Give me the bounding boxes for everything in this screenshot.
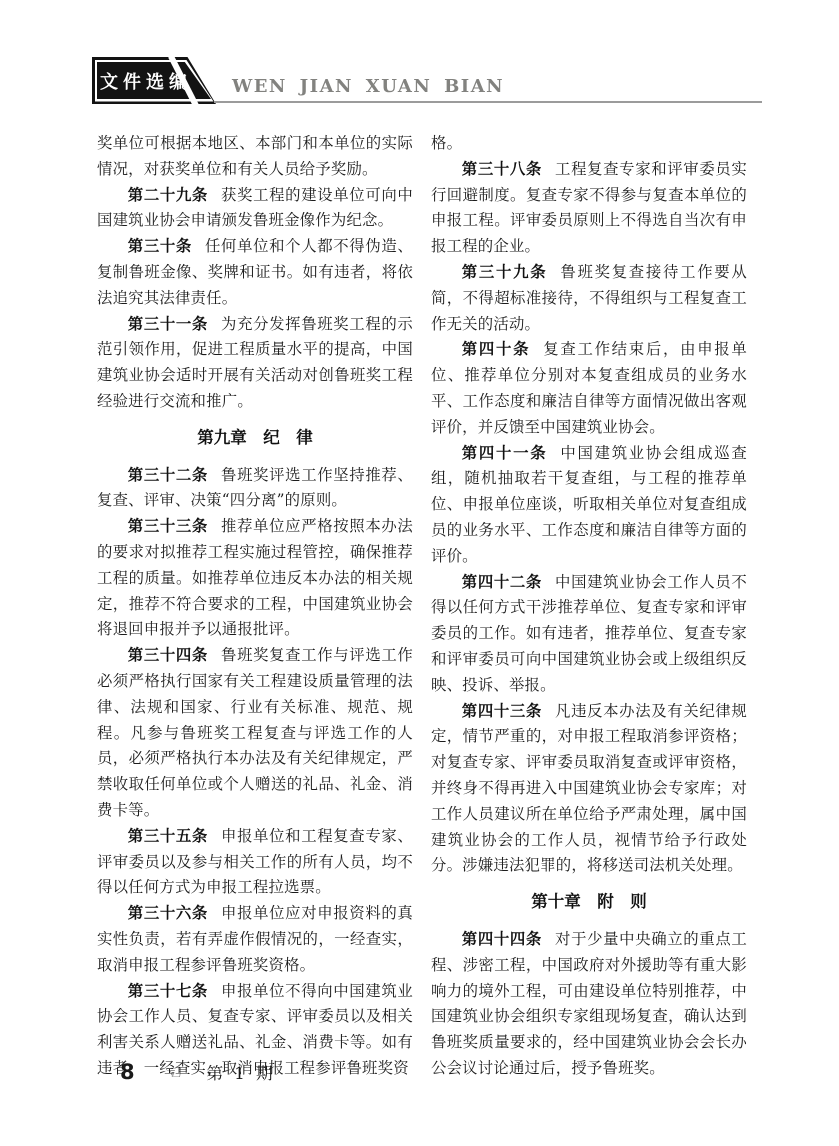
- article-paragraph: 第三十三条推荐单位应严格按照本办法的要求对拟推荐工程实施过程管控，确保推荐工程的…: [97, 514, 413, 643]
- article-paragraph: 第四十条复查工作结束后，由申报单位、推荐单位分别对本复查组成员的业务水平、工作态…: [431, 337, 747, 440]
- page-number: 8: [120, 1060, 135, 1084]
- section-banner: 文件选编: [92, 57, 216, 104]
- article-paragraph: 第三十六条申报单位应对申报资料的真实性负责，若有弄虚作假情况的，一经查实，取消申…: [97, 901, 413, 978]
- article-paragraph: 第三十条任何单位和个人都不得伪造、复制鲁班金像、奖牌和证书。如有违者，将依法追究…: [97, 234, 413, 311]
- article-paragraph: 第三十九条鲁班奖复查接待工作要从简，不得超标准接待，不得组织与工程复查工作无关的…: [431, 260, 747, 337]
- article-paragraph: 第三十五条申报单位和工程复查专家、评审委员以及参与相关工作的所有人员，均不得以任…: [97, 824, 413, 901]
- banner-title: 文件选编: [102, 57, 190, 104]
- article-number: 第三十二条: [128, 466, 208, 484]
- chapter-heading: 第九章 纪 律: [97, 425, 413, 451]
- article-number: 第四十二条: [462, 573, 542, 591]
- article-number: 第四十条: [462, 340, 530, 358]
- article-number: 第三十一条: [128, 315, 208, 333]
- article-number: 第四十四条: [462, 930, 542, 948]
- article-number: 第四十三条: [462, 702, 542, 720]
- article-paragraph: 第四十四条对于少量中央确立的重点工程、涉密工程，中国政府对外援助等有重大影响力的…: [431, 927, 747, 1082]
- continuation-paragraph: 奖单位可根据本地区、本部门和本单位的实际情况，对获奖单位和有关人员给予奖励。: [97, 131, 413, 183]
- article-paragraph: 第四十二条中国建筑业协会工作人员不得以任何方式干涉推荐单位、复查专家和评审委员的…: [431, 570, 747, 699]
- article-paragraph: 第四十三条凡违反本办法及有关纪律规定，情节严重的，对申报工程取消参评资格；对复查…: [431, 699, 747, 880]
- article-number: 第三十五条: [128, 827, 208, 845]
- left-column: 奖单位可根据本地区、本部门和本单位的实际情况，对获奖单位和有关人员给予奖励。第二…: [97, 131, 413, 1082]
- article-paragraph: 第三十八条工程复查专家和评审委员实行回避制度。复查专家不得参与复查本单位的申报工…: [431, 157, 747, 260]
- continuation-paragraph: 格。: [431, 131, 747, 157]
- article-number: 第二十九条: [128, 186, 208, 204]
- article-number: 第三十四条: [128, 646, 208, 664]
- chapter-heading: 第十章 附 则: [431, 889, 747, 915]
- article-paragraph: 第二十九条获奖工程的建设单位可向中国建筑业协会申请颁发鲁班金像作为纪念。: [97, 183, 413, 235]
- two-column-body: 奖单位可根据本地区、本部门和本单位的实际情况，对获奖单位和有关人员给予奖励。第二…: [0, 105, 839, 1082]
- page-footer: 8 ☜ 第 1 期: [120, 1060, 276, 1084]
- header-rule: [214, 101, 762, 103]
- article-paragraph: 第四十一条中国建筑业协会组成巡查组，随机抽取若干复查组，与工程的推荐单位、申报单…: [431, 441, 747, 570]
- article-paragraph: 第三十一条为充分发挥鲁班奖工程的示范引领作用，促进工程质量水平的提高，中国建筑业…: [97, 312, 413, 415]
- article-number: 第三十七条: [128, 982, 208, 1000]
- article-number: 第三十三条: [128, 517, 208, 535]
- article-paragraph: 第三十二条鲁班奖评选工作坚持推荐、复查、评审、决策“四分离”的原则。: [97, 463, 413, 515]
- article-number: 第三十条: [128, 237, 192, 255]
- pointing-hand-icon: ☜: [165, 1062, 183, 1082]
- article-number: 第三十六条: [128, 904, 208, 922]
- page-header: 文件选编 WEN JIAN XUAN BIAN: [0, 0, 839, 105]
- document-page: 文件选编 WEN JIAN XUAN BIAN 奖单位可根据本地区、本部门和本单…: [0, 0, 839, 1146]
- article-number: 第四十一条: [462, 444, 548, 462]
- article-number: 第三十八条: [462, 160, 542, 178]
- article-number: 第三十九条: [462, 263, 548, 281]
- right-column: 格。第三十八条工程复查专家和评审委员实行回避制度。复查专家不得参与复查本单位的申…: [431, 131, 747, 1082]
- article-paragraph: 第三十四条鲁班奖复查工作与评选工作必须严格执行国家有关工程建设质量管理的法律、法…: [97, 643, 413, 824]
- issue-label: 第 1 期: [207, 1060, 276, 1084]
- banner-subtitle: WEN JIAN XUAN BIAN: [232, 76, 504, 97]
